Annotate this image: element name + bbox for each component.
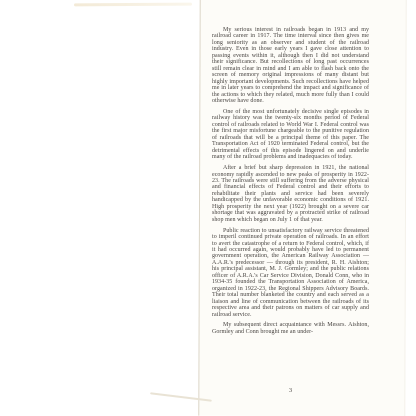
paragraph: One of the most unfortunately decisive s… xyxy=(212,109,369,161)
page-number: 3 xyxy=(212,387,369,394)
paragraph: Public reaction to unsatisfactory railwa… xyxy=(212,228,369,318)
scanned-book-page-photo: My serious interest in railroads began i… xyxy=(0,0,416,416)
paragraph: After a brief but sharp depression in 19… xyxy=(212,165,369,223)
page-text-column: My serious interest in railroads began i… xyxy=(212,27,369,340)
paragraph: My subsequent direct acquaintance with M… xyxy=(212,322,369,335)
facing-page-top-edge xyxy=(74,3,192,6)
paragraph: My serious interest in railroads began i… xyxy=(212,27,369,104)
